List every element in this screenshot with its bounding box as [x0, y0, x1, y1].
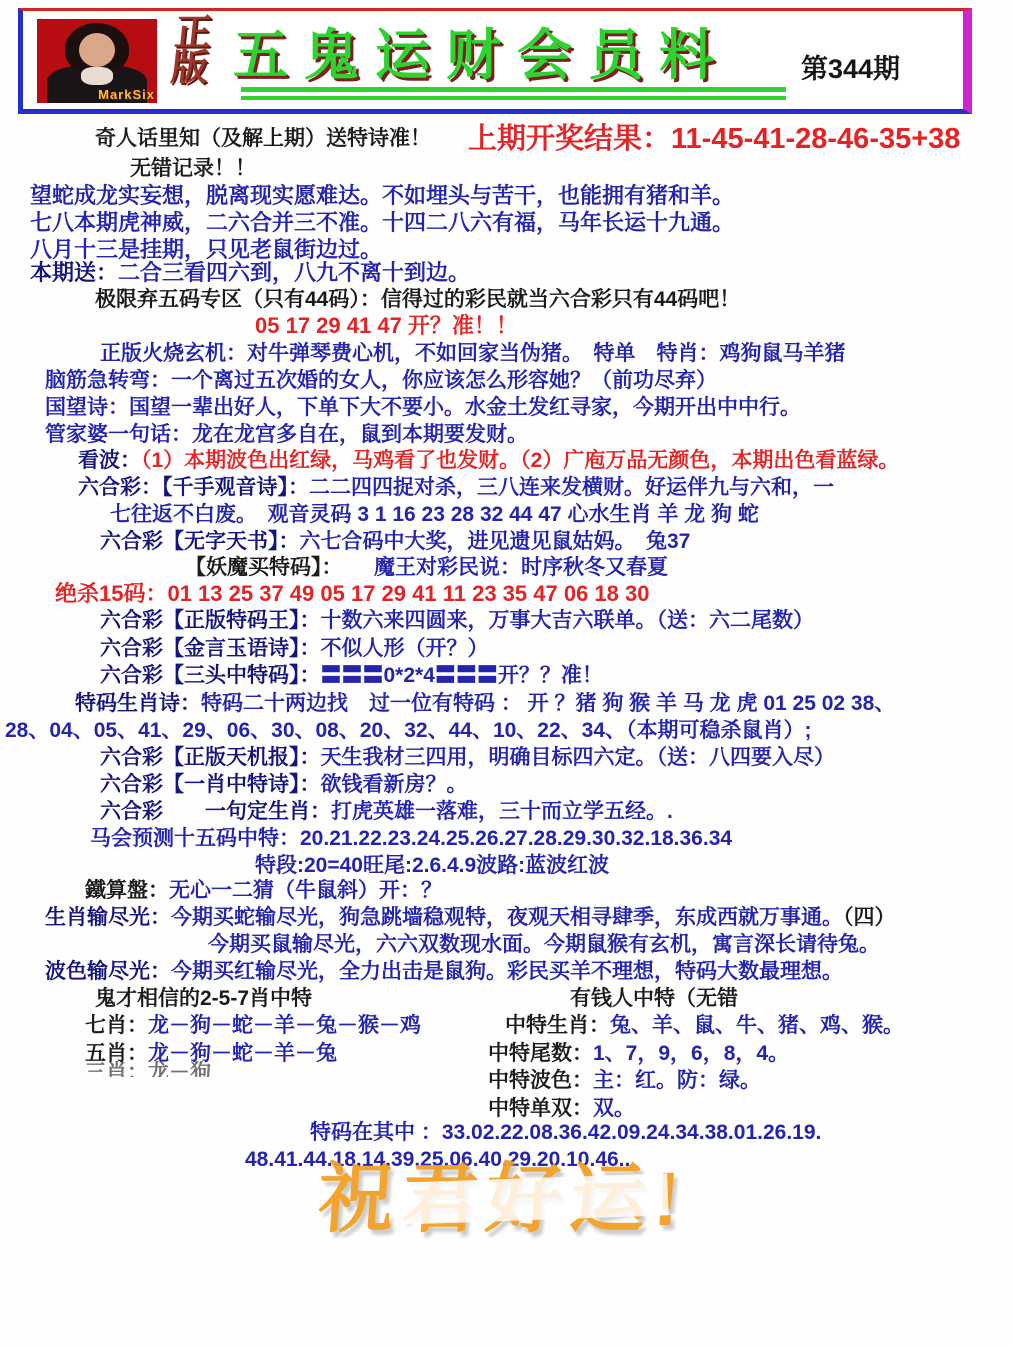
- zhongte-shengxiao-segment: 中特生肖：: [505, 1014, 610, 1037]
- shengxiao-shujinguang-segment: 今期买蛇输尽光，狗急跳墙稳观特，夜观天相寻肆季，东成西就万事通。: [171, 906, 843, 929]
- guicai-257: 鬼才相信的2-5-7肖中特: [95, 987, 312, 1010]
- prev-draw-result-segment: 上期开奖结果：11-45-41-28-46-35+38: [468, 123, 960, 155]
- qixiao: 七肖：龙－狗－蛇－羊－兔－猴－鸡: [85, 1014, 421, 1037]
- tema-shengxiao-shi-segment: 特码生肖诗：: [75, 692, 201, 715]
- photo-caption: MarkSix: [98, 87, 155, 102]
- qianshou-cont-segment: 七往返不白废。 观音灵码 3 1 16 23 28 32 44 47 心水生肖 …: [110, 503, 759, 526]
- naojin-jizhuanwan: 脑筋急转弯：一个离过五次婚的女人，你应该怎么形容她？（前功尽弃）: [45, 369, 717, 392]
- zhongte-bose-segment: 主：红。防：绿。: [593, 1069, 761, 1092]
- shengxiao-shujinguang-segment: 生肖输尽光：: [45, 906, 171, 929]
- zhongte-bose-segment: 中特波色：: [488, 1069, 593, 1092]
- kanbo: 看波：（1）本期波色出红绿，马鸡看了也发财。（2）广庖万品无颜色，本期出色看蓝绿…: [78, 449, 899, 472]
- bose-shujinguang: 波色输尽光：今期买红输尽光，全力出击是鼠狗。彩民买羊不理想，特码大数最理想。: [45, 960, 843, 983]
- huoshao-xuanji: 正版火烧玄机：对牛弹琴费心机，不如回家当伪猪。 特单 特肖：鸡狗鼠马羊猪: [100, 342, 846, 365]
- zhongte-weishu-segment: 中特尾数：: [488, 1042, 593, 1065]
- tianji-bao: 六合彩【正版天机报】：天生我材三四用，明确目标四六定。（送：八四要入尽）: [100, 746, 835, 769]
- guowang-shi-segment: 国望诗：国望一辈出好人，下单下大不要小。水金土发红寻家，今期开出中中行。: [45, 396, 801, 419]
- yaomo-tema: 【妖魔买特码】： 魔王对彩民说：时序秋冬又春夏: [185, 556, 668, 579]
- qianshou-guanyin-segment: 六合彩：【千手观音诗】：: [78, 476, 309, 499]
- juesha-15ma: 绝杀15码：01 13 25 37 49 05 17 29 41 11 23 3…: [55, 582, 649, 606]
- tema-wang-segment: 六合彩【正版特码王】：: [100, 609, 321, 632]
- tema-shengxiao-shi: 特码生肖诗：特码二十两边找 过一位有特码 ： 开 ？猪 狗 猴 羊 马 龙 虎 …: [75, 692, 895, 715]
- benqisong-segment: 本期送：: [30, 260, 118, 285]
- guanjiapo-segment: 管家婆一句话：龙在龙宫多自在，鼠到本期要发财。: [45, 423, 528, 446]
- yixiao-tema-shi-segment: 欲钱看新房？。: [321, 773, 468, 796]
- photo-face-shape: [79, 33, 115, 67]
- benqisong: 本期送：二合三看四六到，八九不离十到边。: [30, 261, 470, 285]
- tiesuanpan-segment: 无心一二猜（牛鼠斜）开：？: [169, 879, 442, 902]
- naojin-jizhuanwan-segment: 脑筋急转弯：一个离过五次婚的女人，你应该怎么形容她？（前功尽弃）: [45, 369, 717, 392]
- sanxiao-clipped-segment: 三肖：龙－狗: [85, 1061, 211, 1077]
- qianshou-guanyin: 六合彩：【千手观音诗】：二二四四捉对杀，三八连来发横财。好运伴九与六和，一: [78, 476, 834, 499]
- bose-shujinguang-segment: 今期买红输尽光，全力出击是鼠狗。彩民买羊不理想，特码大数最理想。: [171, 960, 843, 983]
- tianji-bao-segment: 天生我材三四用，明确目标四六定。（送：八四要入尽）: [321, 746, 836, 769]
- benqisong-segment: 二合三看四六到，八九不离十到边。: [118, 260, 470, 285]
- title-underline-2: [241, 96, 786, 100]
- header-box: MarkSix 正版 五鬼运财会员料 第344期: [18, 8, 972, 114]
- guanjiapo: 管家婆一句话：龙在龙宫多自在，鼠到本期要发财。: [45, 423, 528, 446]
- prev-draw-result: 上期开奖结果：11-45-41-28-46-35+38: [468, 124, 960, 156]
- juesha-15ma-segment: 绝杀15码：01 13 25 37 49 05 17 29 41 11 23 3…: [55, 581, 649, 606]
- photo-collar-shape: [81, 67, 113, 85]
- santou-tema-segment: 六合彩【三头中特码】：: [100, 664, 321, 687]
- poem-line-3: 八月十三是挂期，只见老鼠街边过。: [30, 238, 382, 262]
- page-title: 五鬼运财会员料: [233, 11, 730, 90]
- shengxiao-cont-segment: 今期买鼠输尽光，六六双数现水面。今期鼠猴有玄机，寓言深长请待兔。: [208, 933, 880, 956]
- santou-tema-segment: 〓〓〓0*2*4〓〓〓开？？准！: [321, 664, 603, 687]
- yiju-ding-shengxiao: 六合彩 一句定生肖：打虎英雄一落难，三十而立学五经。.: [100, 800, 673, 823]
- bose-shujinguang-segment: 波色输尽光：: [45, 960, 171, 983]
- wuzi-tianshu-segment: 六合彩【无字天书】：: [100, 530, 300, 553]
- jixian-44ma: 极限弃五码专区（只有44码）：信得过的彩民就当六合彩只有44码吧！: [95, 288, 740, 311]
- youqianren-segment: 有钱人中特（无错: [570, 987, 738, 1010]
- zhongte-weishu: 中特尾数：1、7，9，6，8，4。: [488, 1042, 789, 1065]
- tianji-bao-segment: 六合彩【正版天机报】：: [100, 746, 321, 769]
- guowang-shi: 国望诗：国望一辈出好人，下单下大不要小。水金土发红寻家，今期开出中中行。: [45, 396, 801, 419]
- shengxiao-shujinguang: 生肖输尽光：今期买蛇输尽光，狗急跳墙稳观特，夜观天相寻肆季，东成西就万事通。（四…: [45, 906, 896, 929]
- no-error-record: 无错记录！！: [130, 157, 256, 180]
- tema-zaiqizhong-1-segment: 特码在其中 ：33.02.22.08.36.42.09.24.34.38.01.…: [310, 1121, 821, 1144]
- kanbo-segment: （1）本期波色出红绿，马鸡看了也发财。（2）广庖万品无颜色，本期出色看蓝绿。: [141, 449, 899, 472]
- tiesuanpan-segment: 鐵算盤：: [85, 879, 169, 902]
- lottery-sheet-page: MarkSix 正版 五鬼运财会员料 第344期 奇人话里知（及解上期）送特诗准…: [0, 0, 1012, 1347]
- mahui-yuce: 马会预测十五码中特：20.21.22.23.24.25.26.27.28.29.…: [90, 827, 732, 850]
- zhongte-danshuang-segment: 中特单双：: [488, 1097, 593, 1120]
- jinyan-yushi-segment: 六合彩【金言玉语诗】：: [100, 637, 321, 660]
- yixiao-tema-shi-segment: 六合彩【一肖中特诗】：: [100, 773, 321, 796]
- poem-line-2-segment: 七八本期虎神威，二六合并三不准。十四二八六有福，马年长运十九通。: [30, 210, 734, 235]
- yiju-ding-shengxiao-segment: 六合彩 一句定生肖：: [100, 800, 331, 823]
- poem-line-1-segment: 望蛇成龙实妄想，脱离现实愿难达。不如埋头与苦干，也能拥有猪和羊。: [30, 183, 734, 208]
- yaomo-tema-segment: 【妖魔买特码】：: [185, 556, 332, 579]
- tema-shengxiao-shi-segment: 特码二十两边找 过一位有特码 ： 开 ？猪 狗 猴 羊 马 龙 虎 01 25 …: [201, 692, 895, 715]
- five-codes-segment: 05 17 29 41 47 开？准！！: [255, 313, 518, 338]
- teduan-segment: 特段:20=40旺尾:2.6.4.9波路:蓝波红波: [255, 854, 609, 877]
- youqianren: 有钱人中特（无错: [570, 987, 738, 1010]
- jinyan-yushi-segment: 不似人形（开？）: [321, 637, 489, 660]
- zhongte-shengxiao-segment: 兔、羊、鼠、牛、猪、鸡、猴。: [610, 1014, 904, 1037]
- kanbo-segment: 看波：: [78, 449, 141, 472]
- zhongte-bose: 中特波色：主：红。防：绿。: [488, 1069, 761, 1092]
- title-underline-1: [241, 87, 786, 92]
- teduan: 特段:20=40旺尾:2.6.4.9波路:蓝波红波: [255, 854, 609, 877]
- santou-tema: 六合彩【三头中特码】：〓〓〓0*2*4〓〓〓开？？准！: [100, 664, 603, 687]
- tema-shengxiao-cont: 28、04、05、41、29、06、30、08、20、32、44、10、22、3…: [5, 719, 812, 742]
- no-error-record-segment: 无错记录！！: [130, 157, 256, 180]
- intro-line: 奇人话里知（及解上期）送特诗准！: [95, 127, 431, 150]
- mahui-yuce-segment: 马会预测十五码中特：20.21.22.23.24.25.26.27.28.29.…: [90, 827, 732, 850]
- tipster-photo: MarkSix: [37, 19, 157, 103]
- wuzi-tianshu: 六合彩【无字天书】：六七合码中大奖，进见遗见鼠姑妈。 兔37: [100, 530, 690, 553]
- poem-line-3-segment: 八月十三是挂期，只见老鼠街边过。: [30, 237, 382, 262]
- zhongte-danshuang-segment: 双。: [593, 1097, 635, 1120]
- qixiao-segment: 龙－狗－蛇－羊－兔－猴－鸡: [148, 1014, 421, 1037]
- zhongte-weishu-segment: 1、7，9，6，8，4。: [593, 1042, 789, 1065]
- yaomo-tema-segment: 魔王对彩民说：时序秋冬又春夏: [332, 556, 668, 579]
- qixiao-segment: 七肖：: [85, 1014, 148, 1037]
- tema-shengxiao-cont-segment: 28、04、05、41、29、06、30、08、20、32、44、10、22、3…: [5, 719, 812, 742]
- jixian-44ma-segment: 极限弃五码专区（只有44码）：信得过的彩民就当六合彩只有44码吧！: [95, 288, 740, 311]
- edition-vertical-label: 正版: [169, 15, 218, 85]
- zhongte-danshuang: 中特单双：双。: [488, 1097, 635, 1120]
- tiesuanpan: 鐵算盤：无心一二猜（牛鼠斜）开：？: [85, 879, 442, 902]
- tema-wang: 六合彩【正版特码王】：十数六来四圆来，万事大吉六联单。（送：六二尾数）: [100, 609, 814, 632]
- jinyan-yushi: 六合彩【金言玉语诗】：不似人形（开？）: [100, 637, 489, 660]
- zhongte-shengxiao: 中特生肖：兔、羊、鼠、牛、猪、鸡、猴。: [505, 1014, 904, 1037]
- qianshou-cont: 七往返不白废。 观音灵码 3 1 16 23 28 32 44 47 心水生肖 …: [110, 503, 759, 526]
- intro-line-segment: 奇人话里知（及解上期）送特诗准！: [95, 127, 431, 150]
- sanxiao-clipped: 三肖：龙－狗: [85, 1061, 211, 1077]
- poem-line-1: 望蛇成龙实妄想，脱离现实愿难达。不如埋头与苦干，也能拥有猪和羊。: [30, 184, 734, 208]
- tema-wang-segment: 十数六来四圆来，万事大吉六联单。（送：六二尾数）: [321, 609, 815, 632]
- issue-number: 第344期: [801, 47, 900, 86]
- shengxiao-cont: 今期买鼠输尽光，六六双数现水面。今期鼠猴有玄机，寓言深长请待兔。: [208, 933, 880, 956]
- huoshao-xuanji-segment: 正版火烧玄机：对牛弹琴费心机，不如回家当伪猪。 特单 特肖：鸡狗鼠马羊猪: [100, 342, 846, 365]
- yiju-ding-shengxiao-segment: 打虎英雄一落难，三十而立学五经。.: [331, 800, 673, 823]
- yixiao-tema-shi: 六合彩【一肖中特诗】：欲钱看新房？。: [100, 773, 468, 796]
- tema-zaiqizhong-1: 特码在其中 ：33.02.22.08.36.42.09.24.34.38.01.…: [310, 1121, 821, 1144]
- wuzi-tianshu-segment: 六七合码中大奖，进见遗见鼠姑妈。 兔37: [300, 530, 691, 553]
- qianshou-guanyin-segment: 二二四四捉对杀，三八连来发横财。好运伴九与六和，一: [309, 476, 834, 499]
- shengxiao-shujinguang-segment: （四）: [843, 906, 896, 929]
- guicai-257-segment: 鬼才相信的2-5-7肖中特: [95, 987, 312, 1010]
- five-codes: 05 17 29 41 47 开？准！！: [255, 314, 518, 338]
- poem-line-2: 七八本期虎神威，二六合并三不准。十四二八六有福，马年长运十九通。: [30, 211, 734, 235]
